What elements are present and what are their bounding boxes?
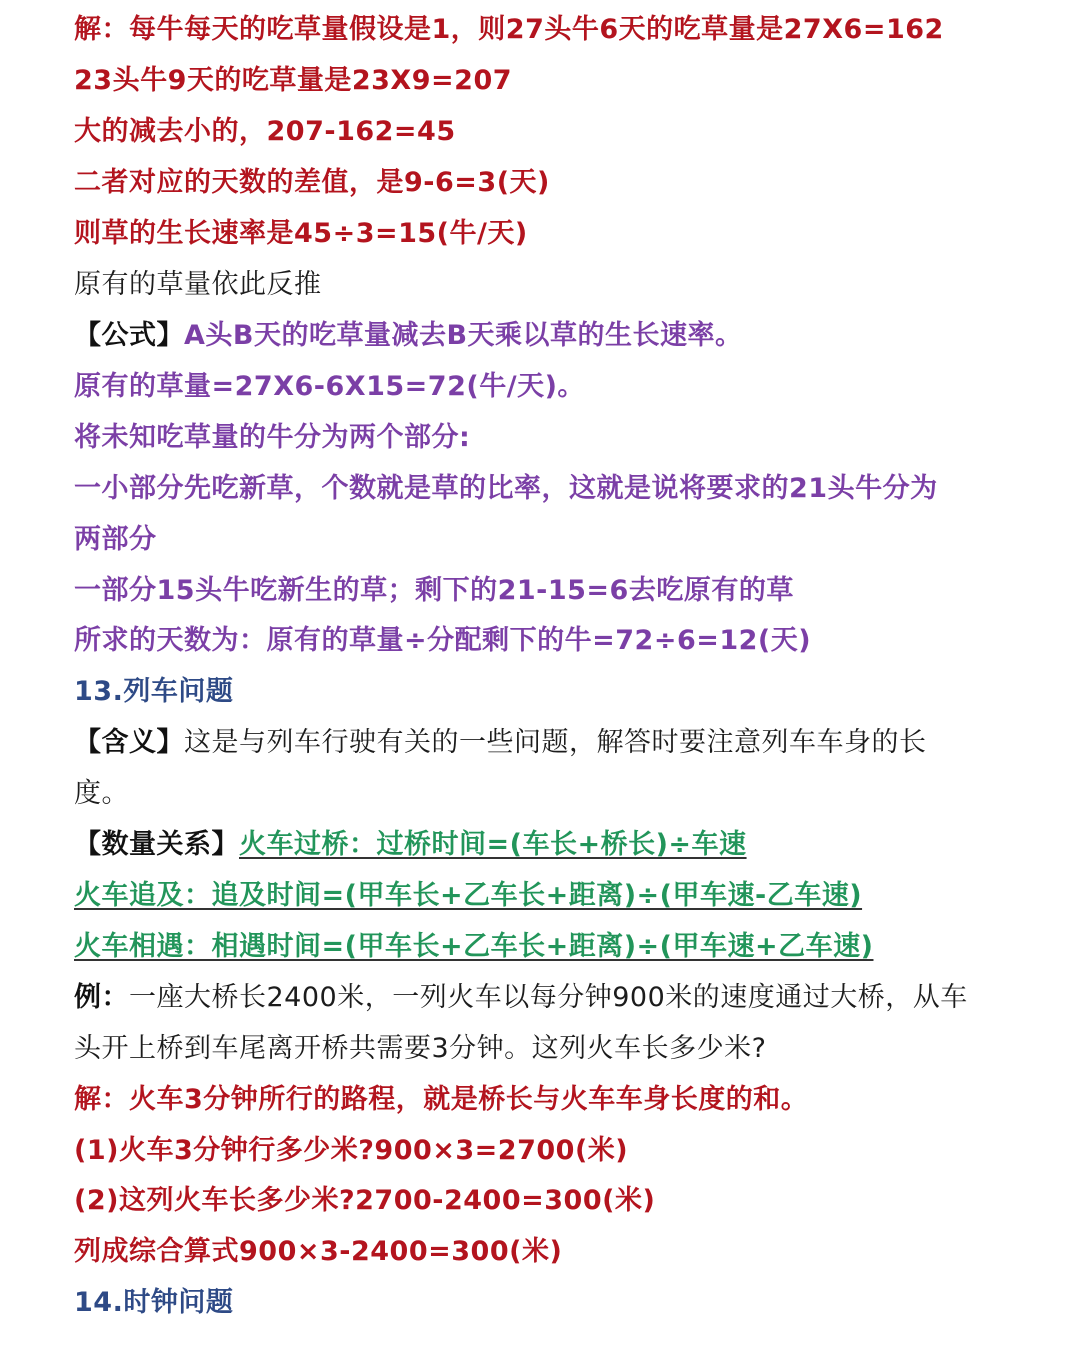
days-result-line: 所求的天数为：原有的草量÷分配剩下的牛=72÷6=12(天) xyxy=(74,621,811,661)
solution-line-5: 则草的生长速率是45÷3=15(牛/天) xyxy=(74,214,528,254)
catch-up-formula: 火车追及：追及时间=(甲车长+乙车长+距离)÷(甲车速-乙车速) xyxy=(74,876,862,916)
example-solution-line-2: (1)火车3分钟行多少米?900×3=2700(米) xyxy=(74,1131,628,1171)
example-label: 例： xyxy=(74,982,129,1013)
example-text: 一座大桥长2400米，一列火车以每分钟900米的速度通过大桥，从车 xyxy=(129,982,968,1013)
document-page: 解：每牛每天的吃草量假设是1，则27头牛6天的吃草量是27X6=162 23头牛… xyxy=(0,0,1080,1345)
example-solution-line-1: 解：火车3分钟所行的路程，就是桥长与火车车身长度的和。 xyxy=(74,1080,808,1120)
solution-line-2: 23头牛9天的吃草量是23X9=207 xyxy=(74,61,512,101)
example-solution-line-4: 列成综合算式900×3-2400=300(米) xyxy=(74,1232,562,1272)
meaning-label: 【含义】 xyxy=(74,727,184,758)
solution-line-1: 解：每牛每天的吃草量假设是1，则27头牛6天的吃草量是27X6=162 xyxy=(74,10,944,50)
meeting-formula: 火车相遇：相遇时间=(甲车长+乙车长+距离)÷(甲车速+乙车速) xyxy=(74,927,873,967)
example-line: 例：一座大桥长2400米，一列火车以每分钟900米的速度通过大桥，从车 xyxy=(74,978,968,1018)
quantity-relation-line: 【数量关系】火车过桥：过桥时间=(车长+桥长)÷车速 xyxy=(74,825,747,865)
section-heading-13: 13.列车问题 xyxy=(74,672,233,712)
section-heading-14: 14.时钟问题 xyxy=(74,1283,233,1323)
part-split-line: 一部分15头牛吃新生的草；剩下的21-15=6去吃原有的草 xyxy=(74,571,794,611)
example-solution-line-3: (2)这列火车长多少米?2700-2400=300(米) xyxy=(74,1181,655,1221)
meaning-line-cont: 度。 xyxy=(74,774,129,814)
quantity-relation-label: 【数量关系】 xyxy=(74,829,239,860)
split-cattle-line: 将未知吃草量的牛分为两个部分: xyxy=(74,418,470,458)
meaning-text: 这是与列车行驶有关的一些问题，解答时要注意列车车身的长 xyxy=(184,727,927,758)
original-grass-line: 原有的草量=27X6-6X15=72(牛/天)。 xyxy=(74,367,585,407)
reverse-infer-text: 原有的草量依此反推 xyxy=(74,265,322,305)
bridge-formula: 火车过桥：过桥时间=(车长+桥长)÷车速 xyxy=(239,829,747,860)
meaning-line: 【含义】这是与列车行驶有关的一些问题，解答时要注意列车车身的长 xyxy=(74,723,927,763)
solution-line-4: 二者对应的天数的差值，是9-6=3(天) xyxy=(74,163,550,203)
formula-text: A头B天的吃草量减去B天乘以草的生长速率。 xyxy=(184,320,743,351)
small-part-line-cont: 两部分 xyxy=(74,520,157,560)
formula-label: 【公式】 xyxy=(74,320,184,351)
small-part-line: 一小部分先吃新草，个数就是草的比率，这就是说将要求的21头牛分为 xyxy=(74,469,938,509)
formula-line: 【公式】A头B天的吃草量减去B天乘以草的生长速率。 xyxy=(74,316,743,356)
solution-line-3: 大的减去小的，207-162=45 xyxy=(74,112,456,152)
example-line-cont: 头开上桥到车尾离开桥共需要3分钟。这列火车长多少米? xyxy=(74,1029,767,1069)
